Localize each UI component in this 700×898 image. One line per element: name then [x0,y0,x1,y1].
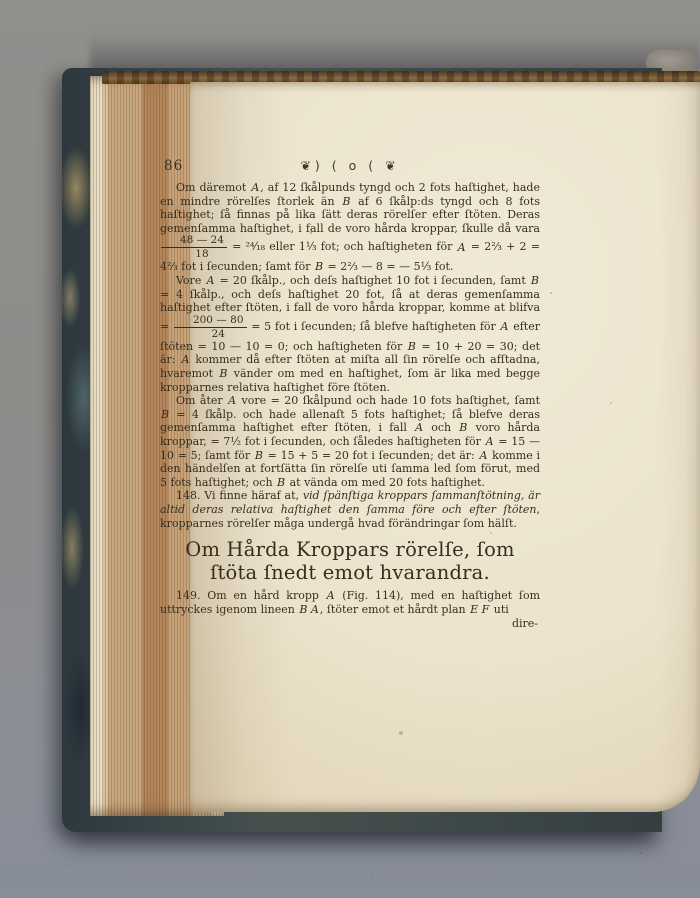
text-column: Om däremot A, af 12 ſkålpunds tyngd och … [160,181,540,631]
math-variable: A [500,320,510,333]
math-variable: B [160,408,170,421]
math-variable: B [218,367,228,380]
math-variable: A [180,353,190,366]
math-variable: B [276,476,286,489]
paragraph: 148. Vi finne häraf at, vid ſpänſtiga kr… [160,489,540,530]
math-variable: A [205,274,215,287]
math-variable: B [458,421,468,434]
paragraph: Om däremot A, af 12 ſkålpunds tyngd och … [160,181,540,274]
page-header: 86 ❦) ( o ( ❦ [160,158,540,176]
italic-emphasis: vid ſpänſtiga kroppars ſammanſtötning, ä… [160,489,540,516]
paragraph: 149. Om en hård kropp A (Fig. 114), med … [160,589,540,616]
math-variable: B A [298,603,320,616]
math-variable: B [530,274,540,287]
paragraph: Vore A = 20 ſkålp., och deſs haſtighet 1… [160,274,540,394]
book: 86 ❦) ( o ( ❦ Om däremot A, af 12 ſkålpu… [62,68,700,832]
math-variable: A [250,181,260,194]
math-variable: A [414,421,424,434]
math-variable: A [457,241,467,254]
photo-background: 86 ❦) ( o ( ❦ Om däremot A, af 12 ſkålpu… [0,0,700,898]
math-variable: B [254,449,264,462]
header-ornament: ❦) ( o ( ❦ [300,158,399,173]
math-variable: A [478,449,488,462]
math-variable: E F [469,603,490,616]
paragraph: Om åter A vore = 20 ſkålpund och hade 10… [160,394,540,489]
math-variable: A [485,435,495,448]
math-variable: B [341,195,351,208]
fraction: 48 — 2418 [161,235,227,260]
section-heading: Om Hårda Kroppars rörelſe, ſom ſtöta ſne… [160,539,540,584]
math-variable: B [407,340,417,353]
catchword: dire- [160,617,538,631]
book-top-shadow [90,34,700,72]
fraction: 200 — 8024 [174,315,247,340]
math-variable: A [326,589,336,602]
math-variable: A [227,394,237,407]
page-number: 86 [164,158,183,174]
math-variable: B [314,260,324,273]
